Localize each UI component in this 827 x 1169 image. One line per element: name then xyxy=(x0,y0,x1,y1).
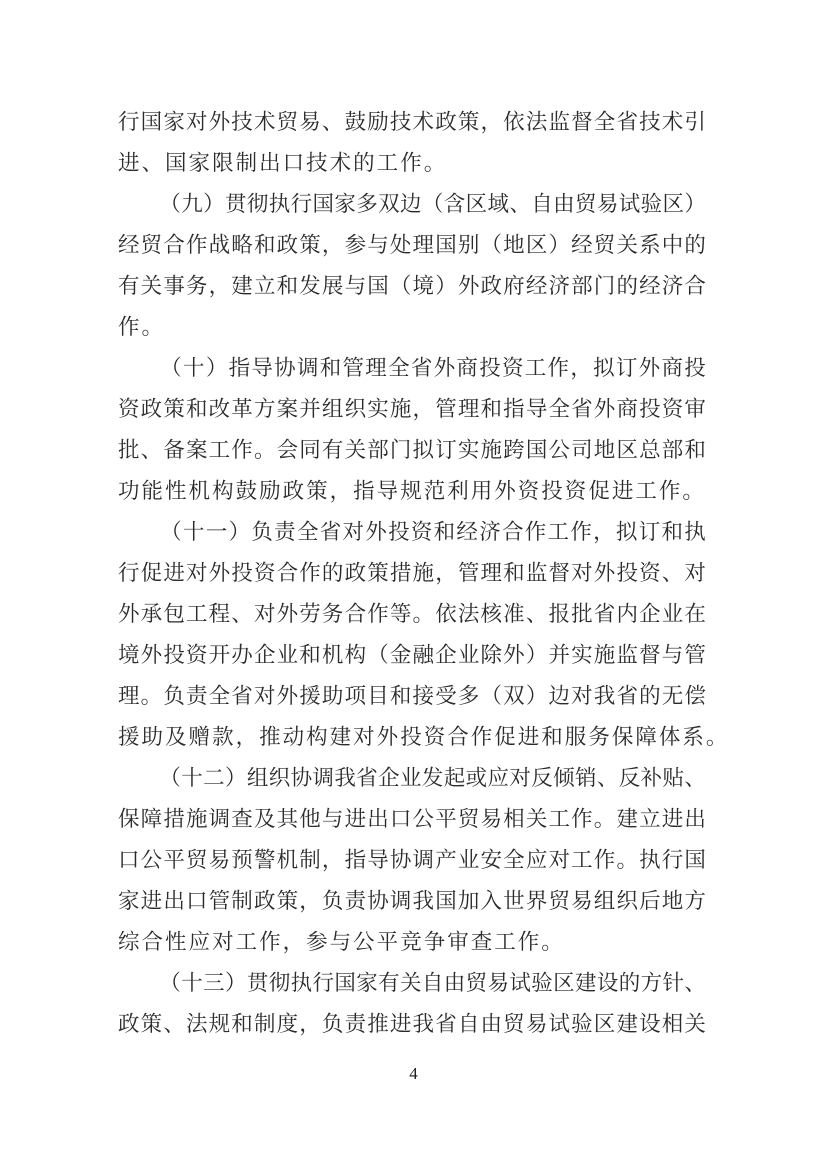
text-line: （十三）贯彻执行国家有关自由贸易试验区建设的方针、 xyxy=(118,961,706,1002)
text-line: 外承包工程、对外劳务合作等。依法核准、报批省内企业在 xyxy=(118,592,706,633)
text-line: （十）指导协调和管理全省外商投资工作，拟订外商投 xyxy=(118,346,706,387)
para-continuation: 行国家对外技术贸易、鼓励技术政策，依法监督全省技术引进、国家限制出口技术的工作。 xyxy=(118,100,706,182)
text-line: 政策、法规和制度，负责推进我省自由贸易试验区建设相关 xyxy=(118,1002,706,1043)
paragraph-indent xyxy=(118,776,159,777)
text-line: 资政策和改革方案并组织实施，管理和指导全省外商投资审 xyxy=(118,387,706,428)
text-line: 家进出口管制政策，负责协调我国加入世界贸易组织后地方 xyxy=(118,879,706,920)
text-line: 批、备案工作。会同有关部门拟订实施跨国公司地区总部和 xyxy=(118,428,706,469)
text-line: 作。 xyxy=(118,305,706,346)
document-body: 行国家对外技术贸易、鼓励技术政策，依法监督全省技术引进、国家限制出口技术的工作。… xyxy=(118,100,706,1043)
text-line: 经贸合作战略和政策，参与处理国别（地区）经贸关系中的 xyxy=(118,223,706,264)
page-number: 4 xyxy=(0,1064,827,1084)
document-page: 行国家对外技术贸易、鼓励技术政策，依法监督全省技术引进、国家限制出口技术的工作。… xyxy=(0,0,827,1169)
para-12: （十二）组织协调我省企业发起或应对反倾销、反补贴、保障措施调查及其他与进出口公平… xyxy=(118,756,706,961)
text-line: 理。负责全省对外援助项目和接受多（双）边对我省的无偿 xyxy=(118,674,706,715)
text-line: （九）贯彻执行国家多双边（含区域、自由贸易试验区） xyxy=(118,182,706,223)
text-line: （十一）负责全省对外投资和经济合作工作，拟订和执 xyxy=(118,510,706,551)
text-line: 综合性应对工作，参与公平竞争审查工作。 xyxy=(118,920,706,961)
text-line: 功能性机构鼓励政策，指导规范利用外资投资促进工作。 xyxy=(118,469,706,510)
text-line: 境外投资开办企业和机构（金融企业除外）并实施监督与管 xyxy=(118,633,706,674)
paragraph-indent xyxy=(118,366,159,367)
text-line: 行国家对外技术贸易、鼓励技术政策，依法监督全省技术引 xyxy=(118,100,706,141)
text-line: 口公平贸易预警机制，指导协调产业安全应对工作。执行国 xyxy=(118,838,706,879)
text-line: 保障措施调查及其他与进出口公平贸易相关工作。建立进出 xyxy=(118,797,706,838)
para-10: （十）指导协调和管理全省外商投资工作，拟订外商投资政策和改革方案并组织实施，管理… xyxy=(118,346,706,510)
text-line: 进、国家限制出口技术的工作。 xyxy=(118,141,706,182)
text-line: 援助及赠款，推动构建对外投资合作促进和服务保障体系。 xyxy=(118,715,706,756)
para-13: （十三）贯彻执行国家有关自由贸易试验区建设的方针、政策、法规和制度，负责推进我省… xyxy=(118,961,706,1043)
text-line: 行促进对外投资合作的政策措施，管理和监督对外投资、对 xyxy=(118,551,706,592)
paragraph-indent xyxy=(118,530,159,531)
para-11: （十一）负责全省对外投资和经济合作工作，拟订和执行促进对外投资合作的政策措施，管… xyxy=(118,510,706,756)
text-line: 有关事务，建立和发展与国（境）外政府经济部门的经济合 xyxy=(118,264,706,305)
paragraph-indent xyxy=(118,202,159,203)
paragraph-indent xyxy=(118,981,159,982)
text-line: （十二）组织协调我省企业发起或应对反倾销、反补贴、 xyxy=(118,756,706,797)
para-9: （九）贯彻执行国家多双边（含区域、自由贸易试验区）经贸合作战略和政策，参与处理国… xyxy=(118,182,706,346)
